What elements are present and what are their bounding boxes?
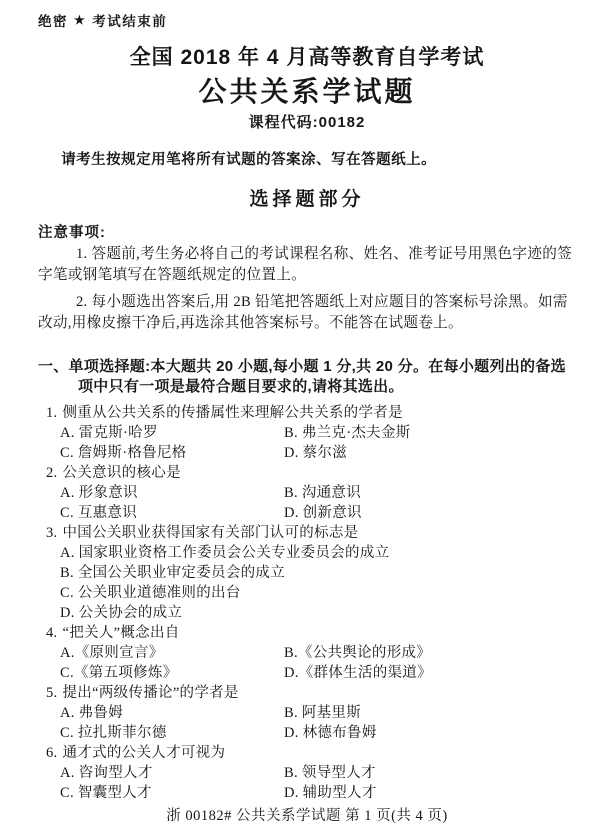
question-number: 6. [46,745,57,761]
option-d: D. 辅助型人才 [284,783,576,803]
classification-line: 绝密 ★ 考试结束前 [38,10,576,30]
question-6-stem-line: 6.通才式的公关人才可视为 [46,743,576,763]
option-d: D. 创新意识 [284,503,576,523]
option-a: A.《原则宣言》 [60,643,284,663]
option-b: B.《公共舆论的形成》 [284,643,576,663]
question-stem: 提出“两级传播论”的学者是 [62,685,238,701]
question-1-options: A. 雷克斯·哈罗 B. 弗兰克·杰夫金斯 C. 詹姆斯·格鲁尼格 D. 蔡尔滋 [60,423,576,463]
option-c: C.《第五项修炼》 [60,663,284,683]
question-1-stem-line: 1.侧重从公共关系的传播属性来理解公共关系的学者是 [46,403,576,423]
question-2: 2.公关意识的核心是 A. 形象意识 B. 沟通意识 C. 互惠意识 D. 创新… [46,463,576,523]
option-b: B. 领导型人才 [284,763,576,783]
question-4-stem-line: 4.“把关人”概念出自 [46,623,576,643]
answer-sheet-instruction: 请考生按规定用笔将所有试题的答案涂、写在答题纸上。 [38,149,576,171]
question-stem: 公关意识的核心是 [62,465,180,481]
option-c: C. 智囊型人才 [60,783,284,803]
option-a: A. 国家职业资格工作委员会公关专业委员会的成立 [60,543,576,563]
option-b: B. 全国公关职业审定委员会的成立 [60,563,576,583]
question-2-stem-line: 2.公关意识的核心是 [46,463,576,483]
question-list: 1.侧重从公共关系的传播属性来理解公共关系的学者是 A. 雷克斯·哈罗 B. 弗… [46,403,576,803]
section-1-heading: 一、单项选择题:本大题共 20 小题,每小题 1 分,共 20 分。在每小题列出… [38,357,576,397]
option-d: D.《群体生活的渠道》 [284,663,576,683]
option-b: B. 沟通意识 [284,483,576,503]
star-icon: ★ [74,14,86,26]
classification-prefix: 绝密 [38,10,68,30]
option-b: B. 弗兰克·杰夫金斯 [284,423,576,443]
question-3-options: A. 国家职业资格工作委员会公关专业委员会的成立 B. 全国公关职业审定委员会的… [60,543,576,623]
exam-session-title: 全国 2018 年 4 月高等教育自学考试 [38,43,576,73]
question-number: 4. [46,625,57,641]
question-3-stem-line: 3.中国公关职业获得国家有关部门认可的标志是 [46,523,576,543]
option-d: D. 蔡尔滋 [284,443,576,463]
question-6: 6.通才式的公关人才可视为 A. 咨询型人才 B. 领导型人才 C. 智囊型人才… [46,743,576,803]
option-a: A. 雷克斯·哈罗 [60,423,284,443]
question-2-options: A. 形象意识 B. 沟通意识 C. 互惠意识 D. 创新意识 [60,483,576,523]
question-stem: 中国公关职业获得国家有关部门认可的标志是 [62,525,358,541]
option-d: D. 林德布鲁姆 [284,723,576,743]
question-stem: 侧重从公共关系的传播属性来理解公共关系的学者是 [62,405,402,421]
question-6-options: A. 咨询型人才 B. 领导型人才 C. 智囊型人才 D. 辅助型人才 [60,763,576,803]
exam-page: 绝密 ★ 考试结束前 全国 2018 年 4 月高等教育自学考试 公共关系学试题… [0,0,614,837]
question-5: 5.提出“两级传播论”的学者是 A. 弗鲁姆 B. 阿基里斯 C. 拉扎斯菲尔德… [46,683,576,743]
question-1: 1.侧重从公共关系的传播属性来理解公共关系的学者是 A. 雷克斯·哈罗 B. 弗… [46,403,576,463]
option-a: A. 弗鲁姆 [60,703,284,723]
question-stem: “把关人”概念出自 [62,625,179,641]
course-code: 课程代码:00182 [38,113,576,133]
option-c: C. 詹姆斯·格鲁尼格 [60,443,284,463]
question-3: 3.中国公关职业获得国家有关部门认可的标志是 A. 国家职业资格工作委员会公关专… [46,523,576,623]
option-d: D. 公关协会的成立 [60,603,576,623]
question-stem: 通才式的公关人才可视为 [62,745,225,761]
paper-title: 公共关系学试题 [38,73,576,111]
part-title: 选择题部分 [38,186,576,213]
question-5-stem-line: 5.提出“两级传播论”的学者是 [46,683,576,703]
option-a: A. 形象意识 [60,483,284,503]
question-4-options: A.《原则宣言》 B.《公共舆论的形成》 C.《第五项修炼》 D.《群体生活的渠… [60,643,576,683]
option-a: A. 咨询型人才 [60,763,284,783]
question-number: 2. [46,465,57,481]
note-1: 1. 答题前,考生务必将自己的考试课程名称、姓名、准考证号用黑色字迹的签字笔或钢… [38,244,576,287]
notes-heading: 注意事项: [38,223,576,244]
option-c: C. 拉扎斯菲尔德 [60,723,284,743]
question-5-options: A. 弗鲁姆 B. 阿基里斯 C. 拉扎斯菲尔德 D. 林德布鲁姆 [60,703,576,743]
classification-suffix: 考试结束前 [92,10,167,30]
note-2: 2. 每小题选出答案后,用 2B 铅笔把答题纸上对应题目的答案标号涂黑。如需改动… [38,292,576,335]
option-b: B. 阿基里斯 [284,703,576,723]
option-c: C. 互惠意识 [60,503,284,523]
question-number: 1. [46,405,57,421]
question-number: 3. [46,525,57,541]
question-number: 5. [46,685,57,701]
option-c: C. 公关职业道德准则的出台 [60,583,576,603]
question-4: 4.“把关人”概念出自 A.《原则宣言》 B.《公共舆论的形成》 C.《第五项修… [46,623,576,683]
page-footer: 浙 00182# 公共关系学试题 第 1 页(共 4 页) [0,804,614,825]
